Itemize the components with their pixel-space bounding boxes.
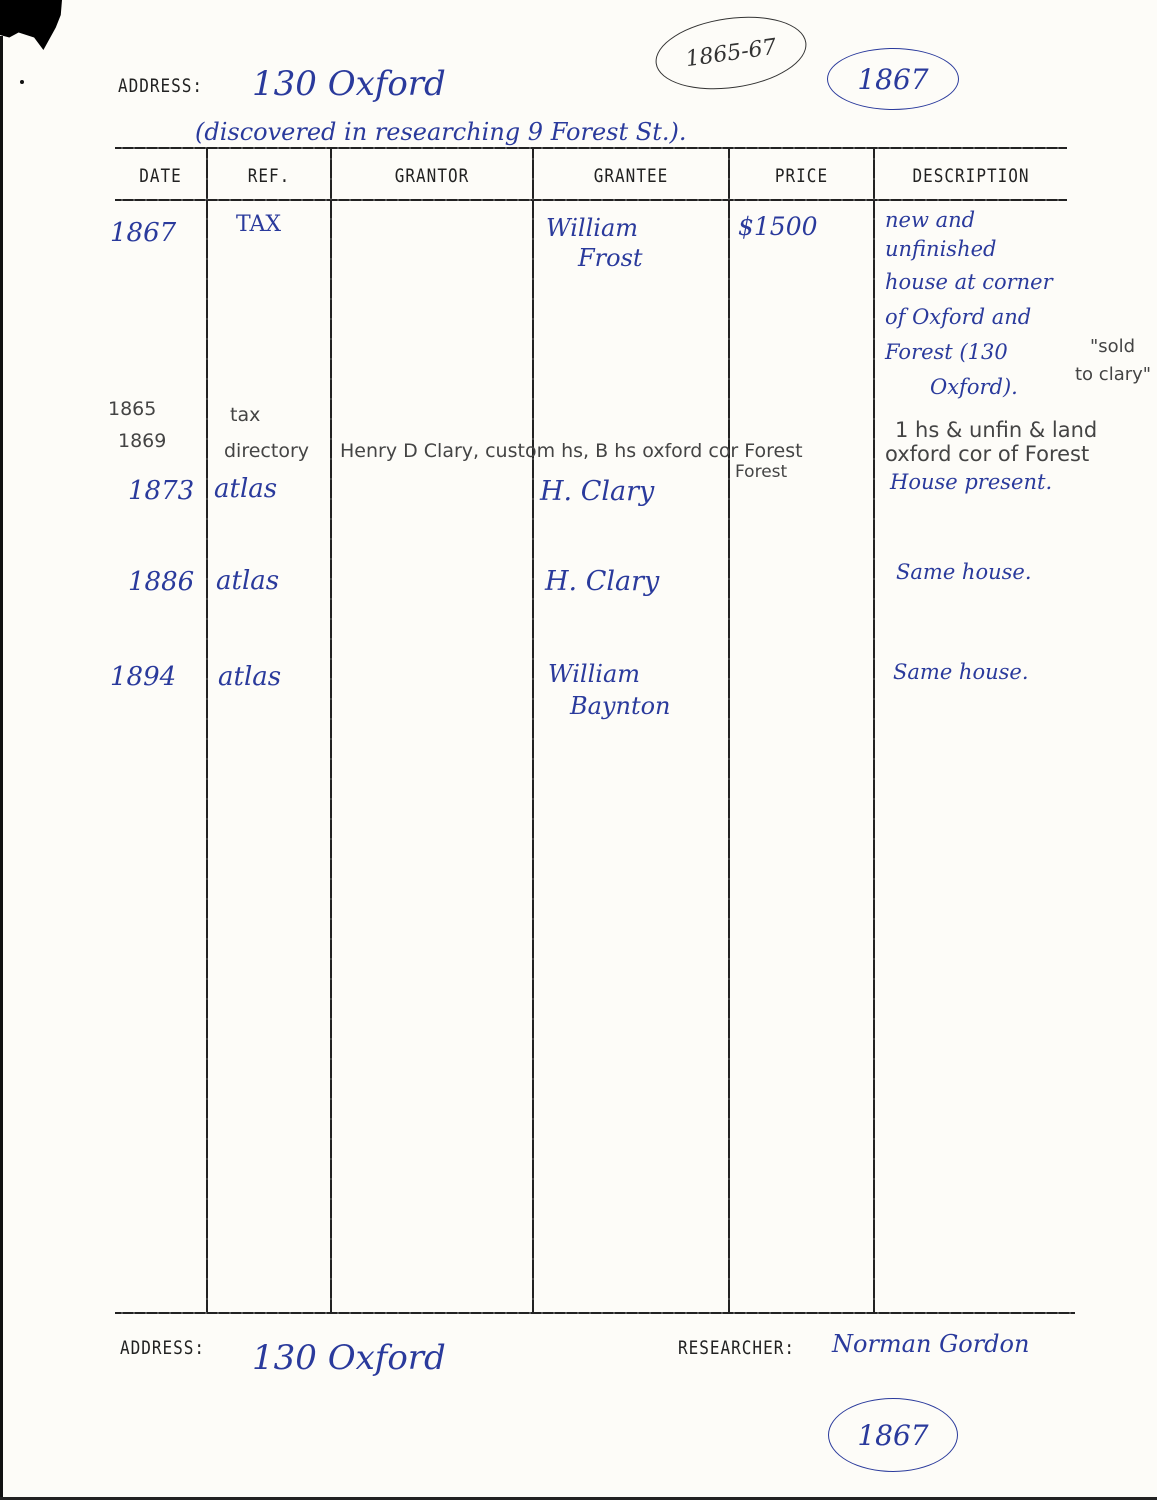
row-date-line: 1865 [108,398,156,420]
pencil-annotation: to clary" [1075,364,1151,385]
date-range-circle: 1865-67 [651,8,811,98]
column-divider [206,148,208,1312]
row-description-line: Forest (130 [885,340,1008,364]
row-grantee-line: Frost [578,244,643,272]
row-grantee: H. Clary [545,566,659,597]
row-ref: TAX [236,212,281,237]
footer-address-label: ADDRESS: [120,1337,205,1359]
page-edge-left [0,36,3,1500]
row-description-line: unfinished [885,237,996,261]
row-description-line: 1 hs & unfin & land [895,418,1097,442]
column-header-date: DATE [115,165,206,187]
row-date: 1894 [110,662,176,692]
torn-corner [0,0,62,50]
row-grantee-line: Baynton [570,692,671,720]
row-date: 1886 [128,567,194,597]
discovery-note: (discovered in researching 9 Forest St.)… [195,118,686,146]
table-bottom-rule [115,1312,1075,1314]
researcher-label: RESEARCHER: [678,1337,795,1359]
row-ref-line: tax [230,404,260,426]
row-ref: atlas [214,474,277,504]
row-description-line: oxford cor of Forest [885,442,1089,466]
address-label: ADDRESS: [118,75,203,97]
row-ref: atlas [218,662,281,692]
column-header-grantor: GRANTOR [332,165,532,187]
row-ref: atlas [216,566,279,596]
column-divider [330,148,332,1312]
row-ref-line: directory [224,440,309,462]
column-header-description: DESCRIPTION [875,165,1067,187]
address-value: 130 Oxford [252,64,446,104]
row-price: $1500 [738,212,818,241]
row-description-line: of Oxford and [885,305,1031,329]
column-header-price: PRICE [730,165,873,187]
row-description: House present. [890,470,1052,494]
column-header-grantee: GRANTEE [534,165,728,187]
researcher-name: Norman Gordon [832,1330,1029,1358]
column-divider [873,148,875,1312]
footer-address-value: 130 Oxford [252,1338,446,1378]
row-date-line: 1869 [118,430,166,452]
row-date: 1867 [110,218,176,248]
ink-speck [20,80,24,84]
column-header-ref: REF. [208,165,330,187]
row-description-line: Oxford). [930,375,1018,399]
pencil-annotation: "sold [1090,336,1135,357]
row-date: 1873 [128,476,194,506]
row-grantee-line: William [548,660,640,688]
row-grantee-line: William [546,214,638,242]
row-description: Same house. [896,560,1032,584]
year-circle-top: 1867 [827,48,959,110]
year-circle-bottom: 1867 [828,1398,958,1472]
table-top-rule [115,147,1067,149]
column-divider [728,148,730,1312]
row-description: Same house. [893,660,1029,684]
row-description-line: house at corner [885,270,1053,294]
column-divider [532,148,534,1312]
row-description-line: new and [885,208,975,232]
row-grantee: H. Clary [540,476,654,507]
table-header-rule [115,199,1067,201]
directory-entry: Henry D Clary, custom hs, B hs oxford co… [340,440,803,462]
row-price-note: Forest [735,462,787,482]
